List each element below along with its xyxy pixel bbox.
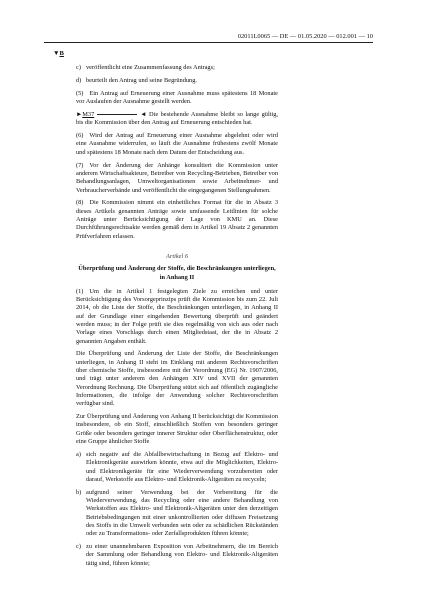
list-label: a) bbox=[76, 451, 86, 484]
list-label: b) bbox=[76, 489, 86, 539]
version-marker: ▼B bbox=[53, 50, 64, 57]
amendment-paragraph: ►M37◄ Die bestehende Ausnahme bleibt so … bbox=[76, 111, 278, 128]
paragraph-text: Vor der Änderung der Anhänge konsultiert… bbox=[76, 162, 278, 194]
triangle-left-icon: ◄ bbox=[140, 111, 146, 118]
paragraph-number: (8) bbox=[76, 199, 83, 206]
criteria-list: a) sich negativ auf die Abfallbewirtscha… bbox=[76, 451, 278, 568]
paragraph-text: Wird der Antrag auf Erneuerung einer Aus… bbox=[76, 132, 278, 156]
article-paragraph-1: (1)Um die in Artikel 1 festgelegten Ziel… bbox=[76, 288, 278, 346]
paragraph-number: (5) bbox=[76, 90, 83, 97]
list-text: sich negativ auf die Abfallbewirtschaftu… bbox=[86, 451, 278, 484]
list-text: aufgrund seiner Verwendung bei der Vorbe… bbox=[86, 489, 278, 539]
list-label: c) bbox=[76, 64, 86, 72]
paragraph-5: (5)Ein Antrag auf Erneuerung einer Ausna… bbox=[76, 90, 278, 107]
article-heading: Überprüfung und Änderung der Stoffe, die… bbox=[76, 265, 278, 282]
paragraph-text: Die Kommission nimmt ein einheitliches F… bbox=[76, 199, 278, 239]
article-paragraph-2: Die Überprüfung und Änderung der Liste d… bbox=[76, 350, 278, 408]
list-text: zu einer unannehmbaren Exposition von Ar… bbox=[86, 543, 278, 568]
article-paragraph-3: Zur Überprüfung und Änderung von Anhang … bbox=[76, 413, 278, 446]
list-item: a) sich negativ auf die Abfallbewirtscha… bbox=[76, 451, 278, 484]
deleted-text-line bbox=[97, 114, 137, 115]
paragraph-text: Um die in Artikel 1 festgelegten Ziele z… bbox=[76, 288, 278, 345]
list-label: d) bbox=[76, 77, 86, 85]
document-body: c) veröffentlicht eine Zusammenfassung d… bbox=[76, 64, 278, 573]
list-text: beurteilt den Antrag und seine Begründun… bbox=[86, 77, 278, 85]
amendment-ref-link[interactable]: M37 bbox=[82, 111, 94, 118]
paragraph-7: (7)Vor der Änderung der Anhänge konsulti… bbox=[76, 162, 278, 195]
document-header: 02011L0065 — DE — 01.05.2020 — 012.001 —… bbox=[44, 32, 373, 43]
list-item: d) beurteilt den Antrag und seine Begrün… bbox=[76, 77, 278, 85]
paragraph-number: (7) bbox=[76, 162, 83, 169]
list-item: b) aufgrund seiner Verwendung bei der Vo… bbox=[76, 489, 278, 539]
paragraph-8: (8)Die Kommission nimmt ein einheitliche… bbox=[76, 199, 278, 240]
paragraph-text: Ein Antrag auf Erneuerung einer Ausnahme… bbox=[76, 90, 278, 105]
paragraph-number: (6) bbox=[76, 132, 83, 139]
list-label: c) bbox=[76, 543, 86, 568]
document-reference: 02011L0065 — DE — 01.05.2020 — 012.001 —… bbox=[238, 33, 373, 40]
paragraph-6: (6)Wird der Antrag auf Erneuerung einer … bbox=[76, 132, 278, 157]
version-marker-link[interactable]: B bbox=[60, 50, 64, 57]
list-item: c) zu einer unannehmbaren Exposition von… bbox=[76, 543, 278, 568]
list-item: c) veröffentlicht eine Zusammenfassung d… bbox=[76, 64, 278, 72]
article-title: Artikel 6 bbox=[76, 253, 278, 261]
paragraph-number: (1) bbox=[76, 288, 83, 295]
list-text: veröffentlicht eine Zusammenfassung des … bbox=[86, 64, 278, 72]
